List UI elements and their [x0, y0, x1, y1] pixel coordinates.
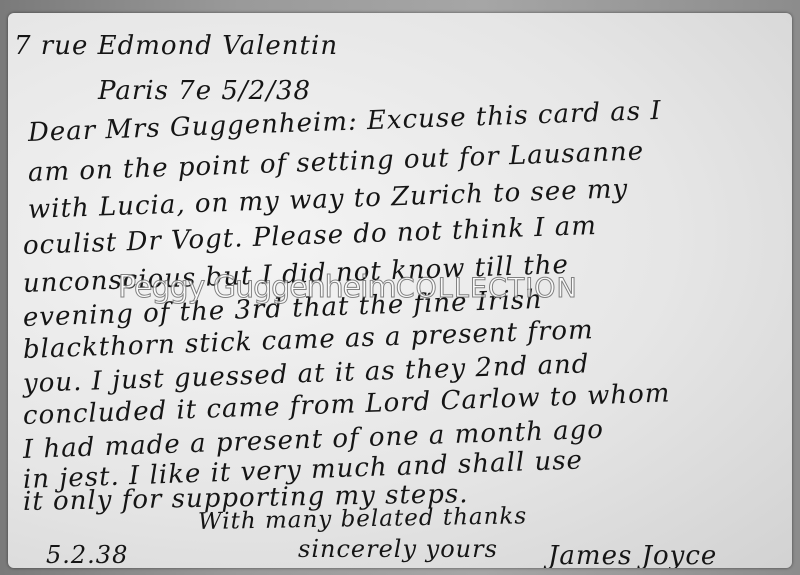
signature: James Joyce	[548, 541, 717, 568]
left-date: 5.2.38	[46, 541, 128, 568]
city-date: Paris 7e 5/2/38	[98, 76, 311, 106]
watermark-suffix: COLLECTION	[396, 273, 578, 304]
watermark-name: Peggy Guggenheim	[118, 270, 396, 305]
signoff: sincerely yours	[298, 535, 498, 563]
watermark: Peggy GuggenheimCOLLECTION	[118, 270, 578, 305]
address-line: 7 rue Edmond Valentin	[14, 31, 338, 61]
closing: With many belated thanks	[198, 503, 528, 535]
